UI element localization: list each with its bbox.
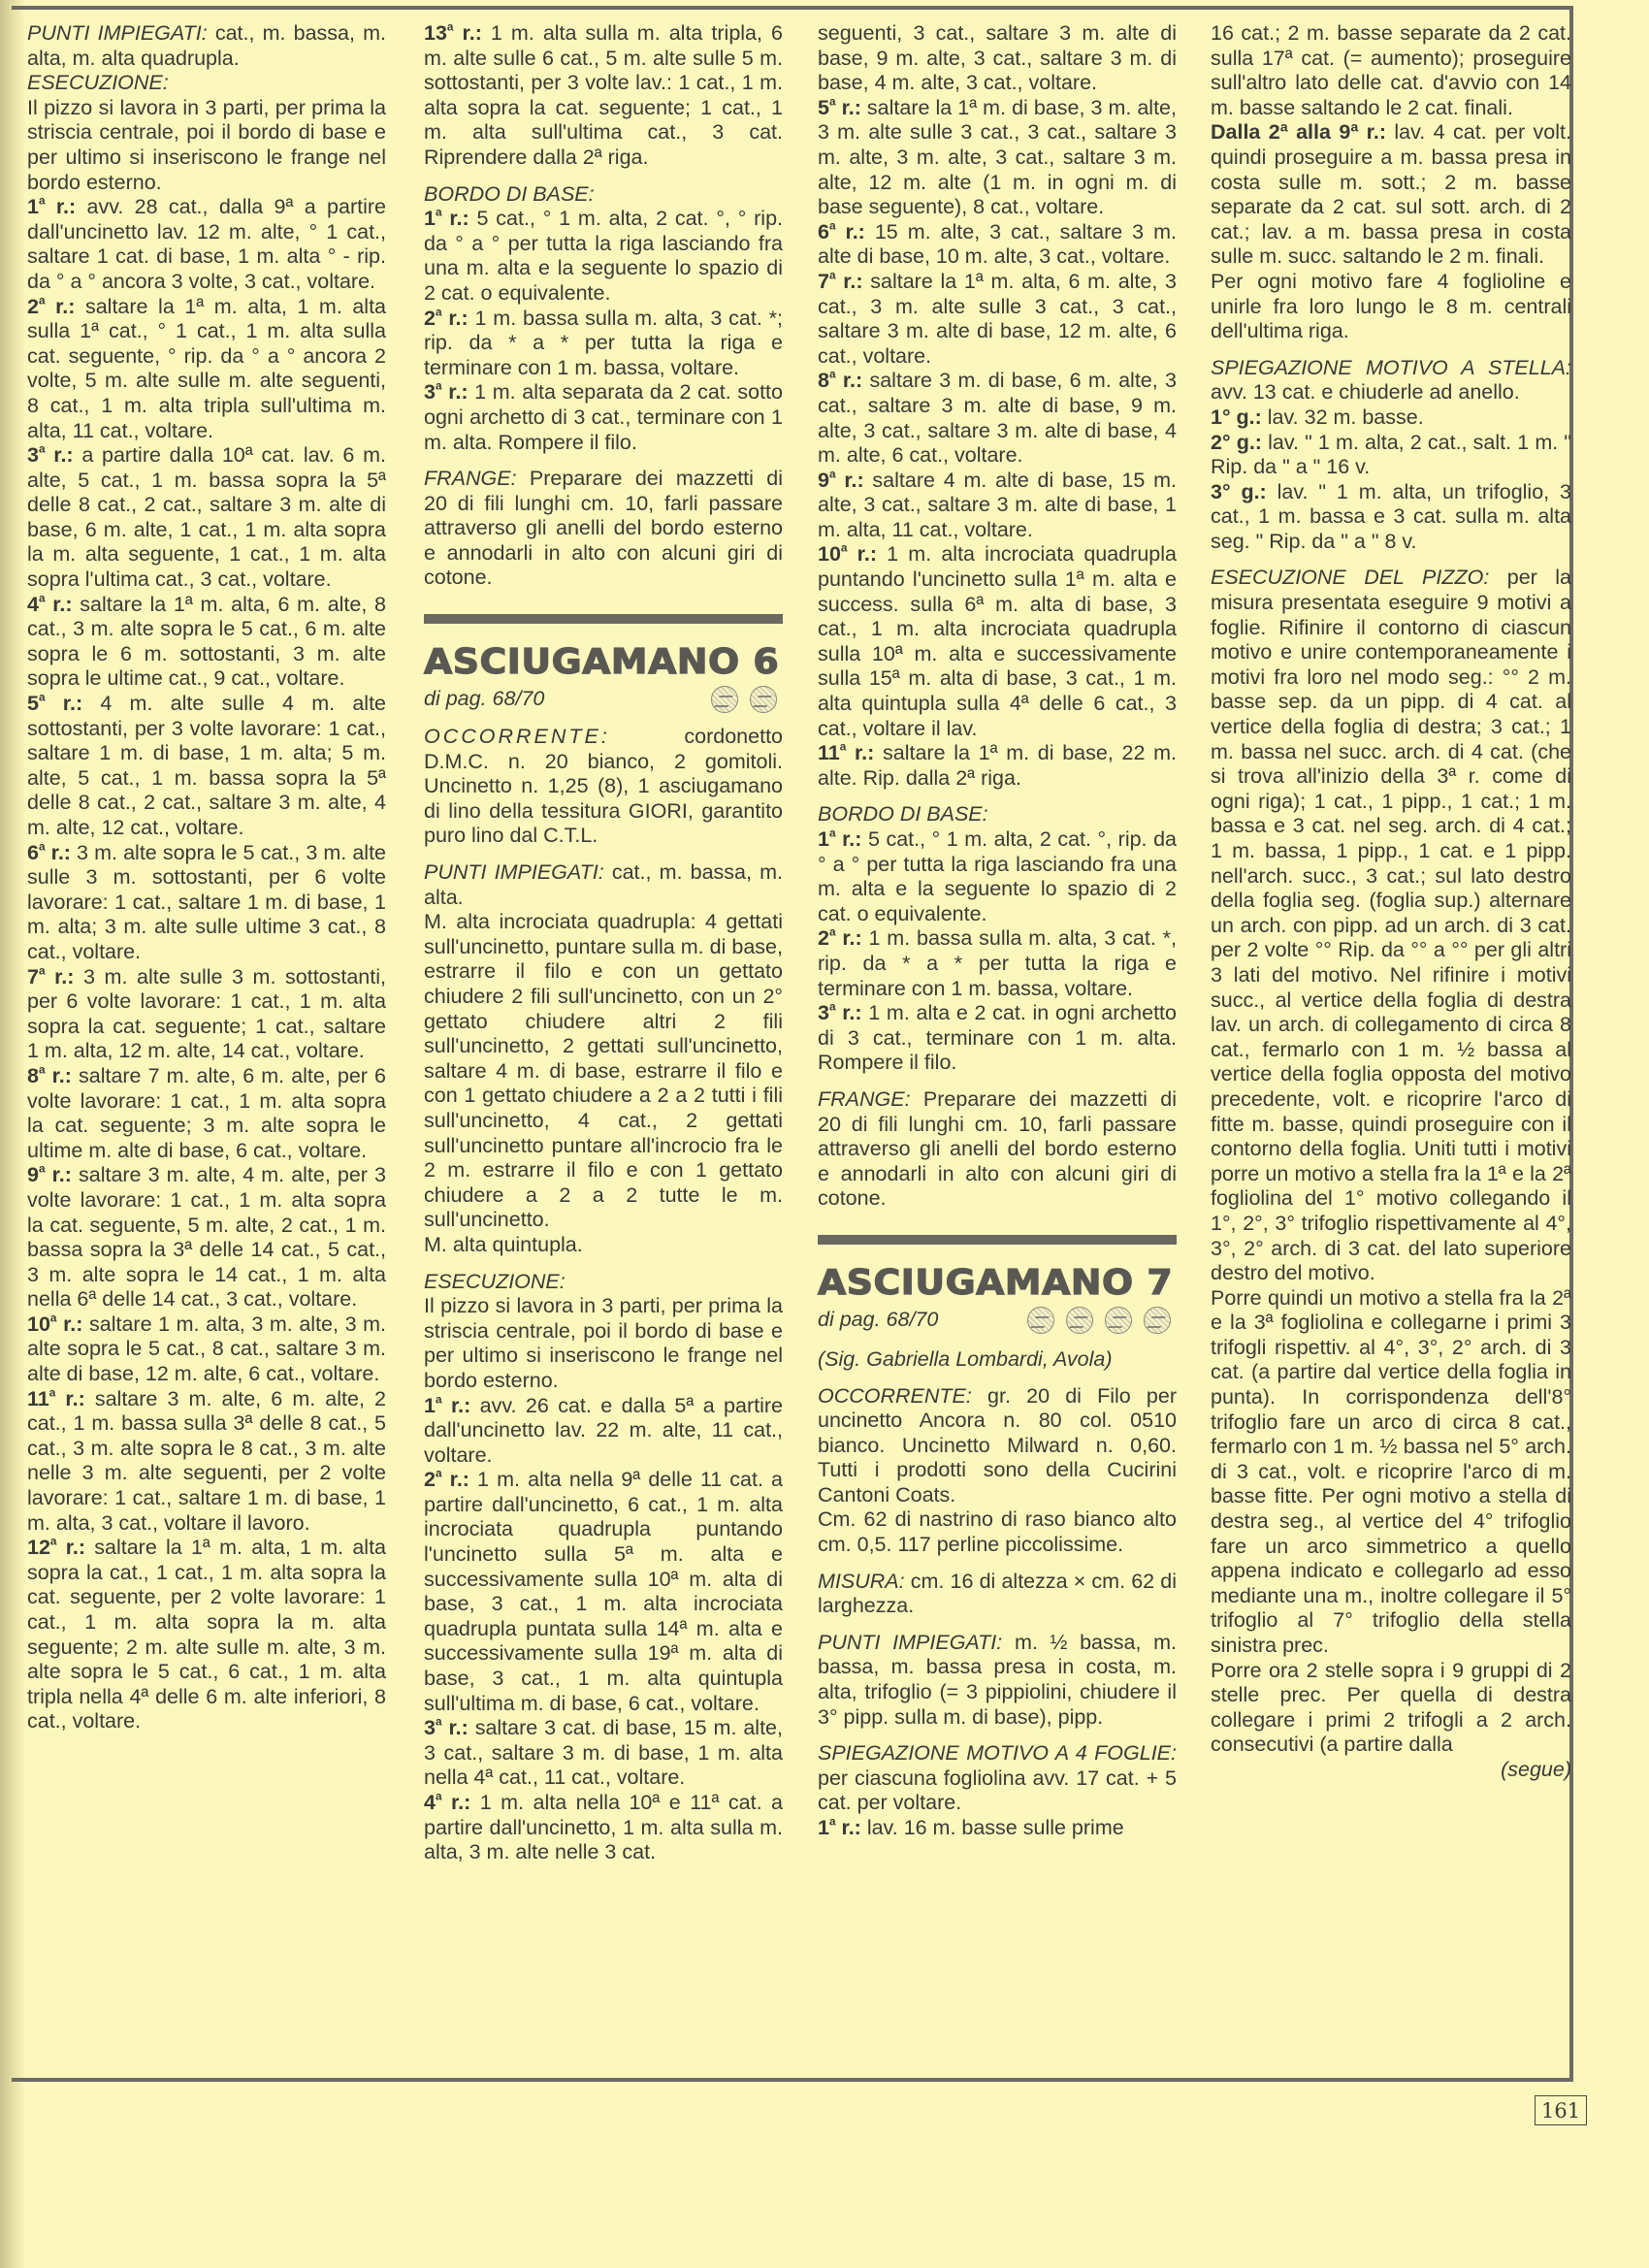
row-label: 7a r.:: [27, 965, 74, 988]
section-label: FRANGE:: [818, 1087, 911, 1111]
instruction-row: 4a r.: saltare la 1ª m. alta, 6 m. alte,…: [27, 593, 386, 692]
row-label: 1a r.:: [818, 1816, 861, 1839]
paragraph: Il pizzo si lavora in 3 parti, per prima…: [27, 96, 386, 195]
row-label: 8a r.:: [818, 369, 862, 392]
row-label: 3a r.:: [424, 1716, 469, 1739]
yarn-ball-icon: [1027, 1307, 1054, 1334]
column-2: 13a r.: 1 m. alta sulla m. alta tripla, …: [424, 21, 783, 1865]
column-1: PUNTI IMPIEGATI: cat., m. bassa, m. alta…: [27, 21, 386, 1734]
yarn-ball-icon: [1105, 1307, 1132, 1334]
instruction-row: 8a r.: saltare 7 m. alte, 6 m. alte, per…: [27, 1064, 386, 1163]
difficulty-rating: [1027, 1307, 1171, 1334]
author-credit: (Sig. Gabriella Lombardi, Avola): [818, 1347, 1177, 1373]
instruction-row: 8a r.: saltare 3 m. di base, 6 m. alte, …: [818, 369, 1177, 468]
round-row: 2° g.: lav. " 1 m. alta, 2 cat., salt. 1…: [1211, 431, 1571, 480]
round-label: 1° g.:: [1211, 405, 1262, 429]
row-label: Dalla 2ª alla 9ª r.:: [1211, 120, 1386, 144]
instruction-row: 5a r.: 4 m. alte sulle 4 m. alte sottost…: [27, 692, 386, 841]
row-label: 1a r.:: [27, 195, 76, 218]
row-label: 7a r.:: [818, 270, 863, 293]
instruction-row: 3a r.: saltare 3 cat. di base, 15 m. alt…: [424, 1716, 783, 1791]
section-label: OCCORRENTE:: [424, 725, 610, 748]
column-4: 16 cat.; 2 m. basse separate da 2 cat. s…: [1211, 21, 1571, 1783]
instruction-row: 1a r.: avv. 28 cat., dalla 9ª a partire …: [27, 195, 386, 294]
row-label: 5a r.:: [818, 96, 861, 119]
section-label: SPIEGAZIONE MOTIVO A STELLA:: [1211, 356, 1571, 379]
paragraph: Porre quindi un motivo a stella fra la 2…: [1211, 1286, 1571, 1659]
row-label: 11a r.:: [818, 741, 874, 764]
yarn-ball-icon: [750, 686, 777, 713]
yarn-ball-icon: [1066, 1307, 1093, 1334]
row-label: 4a r.:: [424, 1791, 470, 1814]
instruction-row: 3a r.: 1 m. alta separata da 2 cat. sott…: [424, 380, 783, 455]
continued-note: (segue): [1211, 1758, 1571, 1783]
row-label: 10a r.:: [818, 542, 877, 566]
instruction-row: 10a r.: saltare 1 m. alta, 3 m. alte, 3 …: [27, 1312, 386, 1387]
instruction-row: 9a r.: saltare 4 m. alte di base, 15 m. …: [818, 469, 1177, 543]
yarn-ball-icon: [711, 686, 738, 713]
row-label: 11a r.:: [27, 1387, 85, 1410]
instruction-row: 11a r.: saltare la 1ª m. di base, 22 m. …: [818, 741, 1177, 791]
row-label: 5a r.:: [27, 692, 82, 715]
instruction-row: 2a r.: saltare la 1ª m. alta, 1 m. alta …: [27, 295, 386, 444]
paragraph: Per ogni motivo fare 4 foglioline e unir…: [1211, 270, 1571, 344]
section-label: SPIEGAZIONE MOTIVO A 4 FOGLIE:: [818, 1741, 1177, 1765]
instruction-row: 2a r.: 1 m. bassa sulla m. alta, 3 cat. …: [424, 307, 783, 381]
row-label: 2a r.:: [424, 307, 469, 330]
paragraph: M. alta quintupla.: [424, 1233, 783, 1258]
instruction-row: 9a r.: saltare 3 m. alte, 4 m. alte, per…: [27, 1163, 386, 1312]
section-label: ESECUZIONE:: [424, 1270, 783, 1295]
row-list: 1a r.: lav. 16 m. basse sulle prime: [818, 1816, 1177, 1841]
instruction-row: 1a r.: 5 cat., ° 1 m. alta, 2 cat. °, ° …: [424, 207, 783, 306]
page-number: 161: [1535, 2095, 1587, 2125]
section-label: ESECUZIONE:: [27, 71, 386, 96]
instruction-row: 7a r.: saltare la 1ª m. alta, 6 m. alte,…: [818, 270, 1177, 369]
section-label: PUNTI IMPIEGATI:: [424, 860, 604, 884]
section-label: MISURA:: [818, 1570, 905, 1593]
paragraph: M. alta incrociata quadrupla: 4 gettati …: [424, 910, 783, 1233]
round-list: 1° g.: lav. 32 m. basse.2° g.: lav. " 1 …: [1211, 405, 1571, 555]
paragraph: 16 cat.; 2 m. basse separate da 2 cat. s…: [1211, 21, 1571, 120]
row-label: 4a r.:: [27, 593, 73, 616]
row-list: 5a r.: saltare la 1ª m. di base, 3 m. al…: [818, 96, 1177, 792]
row-label: 1a r.:: [818, 827, 861, 851]
paragraph: Il pizzo si lavora in 3 parti, per prima…: [424, 1294, 783, 1393]
row-label: 9a r.:: [818, 469, 864, 492]
row-list: 1a r.: avv. 26 cat. e dalla 5ª a partire…: [424, 1394, 783, 1865]
row-label: 10a r.:: [27, 1312, 82, 1336]
paragraph: Porre ora 2 stelle sopra i 9 gruppi di 2…: [1211, 1659, 1571, 1758]
round-row: 3° g.: lav. " 1 m. alta, un trifoglio, 3…: [1211, 480, 1571, 555]
round-label: 2° g.:: [1211, 431, 1262, 454]
paragraph: seguenti, 3 cat., saltare 3 m. alte di b…: [818, 21, 1177, 96]
section-title: ASCIUGAMANO 7: [818, 1262, 1195, 1305]
instruction-row: 1a r.: lav. 16 m. basse sulle prime: [818, 1816, 1177, 1841]
section-label: FRANGE:: [424, 467, 517, 490]
row-label: 8a r.:: [27, 1064, 72, 1087]
row-label: 2a r.:: [27, 295, 75, 318]
row-label: 3a r.:: [27, 443, 74, 467]
section-label: BORDO DI BASE:: [424, 182, 783, 208]
section-label: ESECUZIONE DEL PIZZO:: [1211, 566, 1489, 589]
section-divider: [818, 1235, 1177, 1245]
instruction-row: 2a r.: 1 m. bassa sulla m. alta, 3 cat. …: [818, 926, 1177, 1001]
row-list: 1a r.: 5 cat., ° 1 m. alta, 2 cat. °, ri…: [818, 827, 1177, 1076]
section-label: OCCORRENTE:: [818, 1384, 972, 1408]
section-label: PUNTI IMPIEGATI:: [27, 21, 208, 45]
row-label: 6a r.:: [818, 220, 865, 243]
instruction-row: 11a r.: saltare 3 m. alte, 6 m. alte, 2 …: [27, 1387, 386, 1537]
row-label: 9a r.:: [27, 1163, 72, 1186]
instruction-row: 1a r.: avv. 26 cat. e dalla 5ª a partire…: [424, 1394, 783, 1469]
instruction-row: 1a r.: 5 cat., ° 1 m. alta, 2 cat. °, ri…: [818, 827, 1177, 926]
row-label: 1a r.:: [424, 207, 469, 230]
instruction-row: 12a r.: saltare la 1ª m. alta, 1 m. alta…: [27, 1536, 386, 1734]
row-label: 3a r.:: [424, 380, 469, 404]
instruction-row: 6a r.: 15 m. alte, 3 cat., saltare 3 m. …: [818, 220, 1177, 270]
row-label: 12a r.:: [27, 1536, 85, 1559]
instruction-row: 3a r.: a partire dalla 10ª cat. lav. 6 m…: [27, 443, 386, 593]
round-label: 3° g.:: [1211, 480, 1267, 503]
paragraph: Cm. 62 di nastrino di raso bianco alto c…: [818, 1507, 1177, 1557]
row-list: 13a r.: 1 m. alta sulla m. alta tripla, …: [424, 21, 783, 171]
row-list: 1a r.: avv. 28 cat., dalla 9ª a partire …: [27, 195, 386, 1734]
row-label: 1a r.:: [424, 1394, 470, 1417]
instruction-row: 5a r.: saltare la 1ª m. di base, 3 m. al…: [818, 96, 1177, 220]
page-reference: di pag. 68/70: [424, 687, 544, 712]
round-row: 1° g.: lav. 32 m. basse.: [1211, 405, 1571, 431]
instruction-row: 13a r.: 1 m. alta sulla m. alta tripla, …: [424, 21, 783, 171]
column-3: seguenti, 3 cat., saltare 3 m. alte di b…: [818, 21, 1177, 1841]
section-divider: [424, 614, 783, 624]
row-label: 2a r.:: [424, 1468, 469, 1491]
row-label: 13a r.:: [424, 21, 482, 45]
row-list: 1a r.: 5 cat., ° 1 m. alta, 2 cat. °, ° …: [424, 207, 783, 455]
instruction-row: 4a r.: 1 m. alta nella 10ª e 11ª cat. a …: [424, 1791, 783, 1865]
instruction-row: 3a r.: 1 m. alta e 2 cat. in ogni archet…: [818, 1001, 1177, 1076]
difficulty-rating: [711, 686, 777, 713]
row-label: 6a r.:: [27, 841, 71, 864]
row-label: 2a r.:: [818, 926, 862, 950]
instruction-row: 7a r.: 3 m. alte sulle 3 m. sottostanti,…: [27, 965, 386, 1064]
row-label: 3a r.:: [818, 1001, 862, 1024]
instruction-row: 6a r.: 3 m. alte sopra le 5 cat., 3 m. a…: [27, 841, 386, 965]
section-label: BORDO DI BASE:: [818, 802, 1177, 827]
instruction-row: 10a r.: 1 m. alta incrociata quadrupla p…: [818, 542, 1177, 741]
section-label: PUNTI IMPIEGATI:: [818, 1631, 1002, 1654]
section-title: ASCIUGAMANO 6: [424, 641, 801, 684]
instruction-row: 2a r.: 1 m. alta nella 9ª delle 11 cat. …: [424, 1468, 783, 1716]
page-reference: di pag. 68/70: [818, 1308, 938, 1333]
yarn-ball-icon: [1144, 1307, 1171, 1334]
